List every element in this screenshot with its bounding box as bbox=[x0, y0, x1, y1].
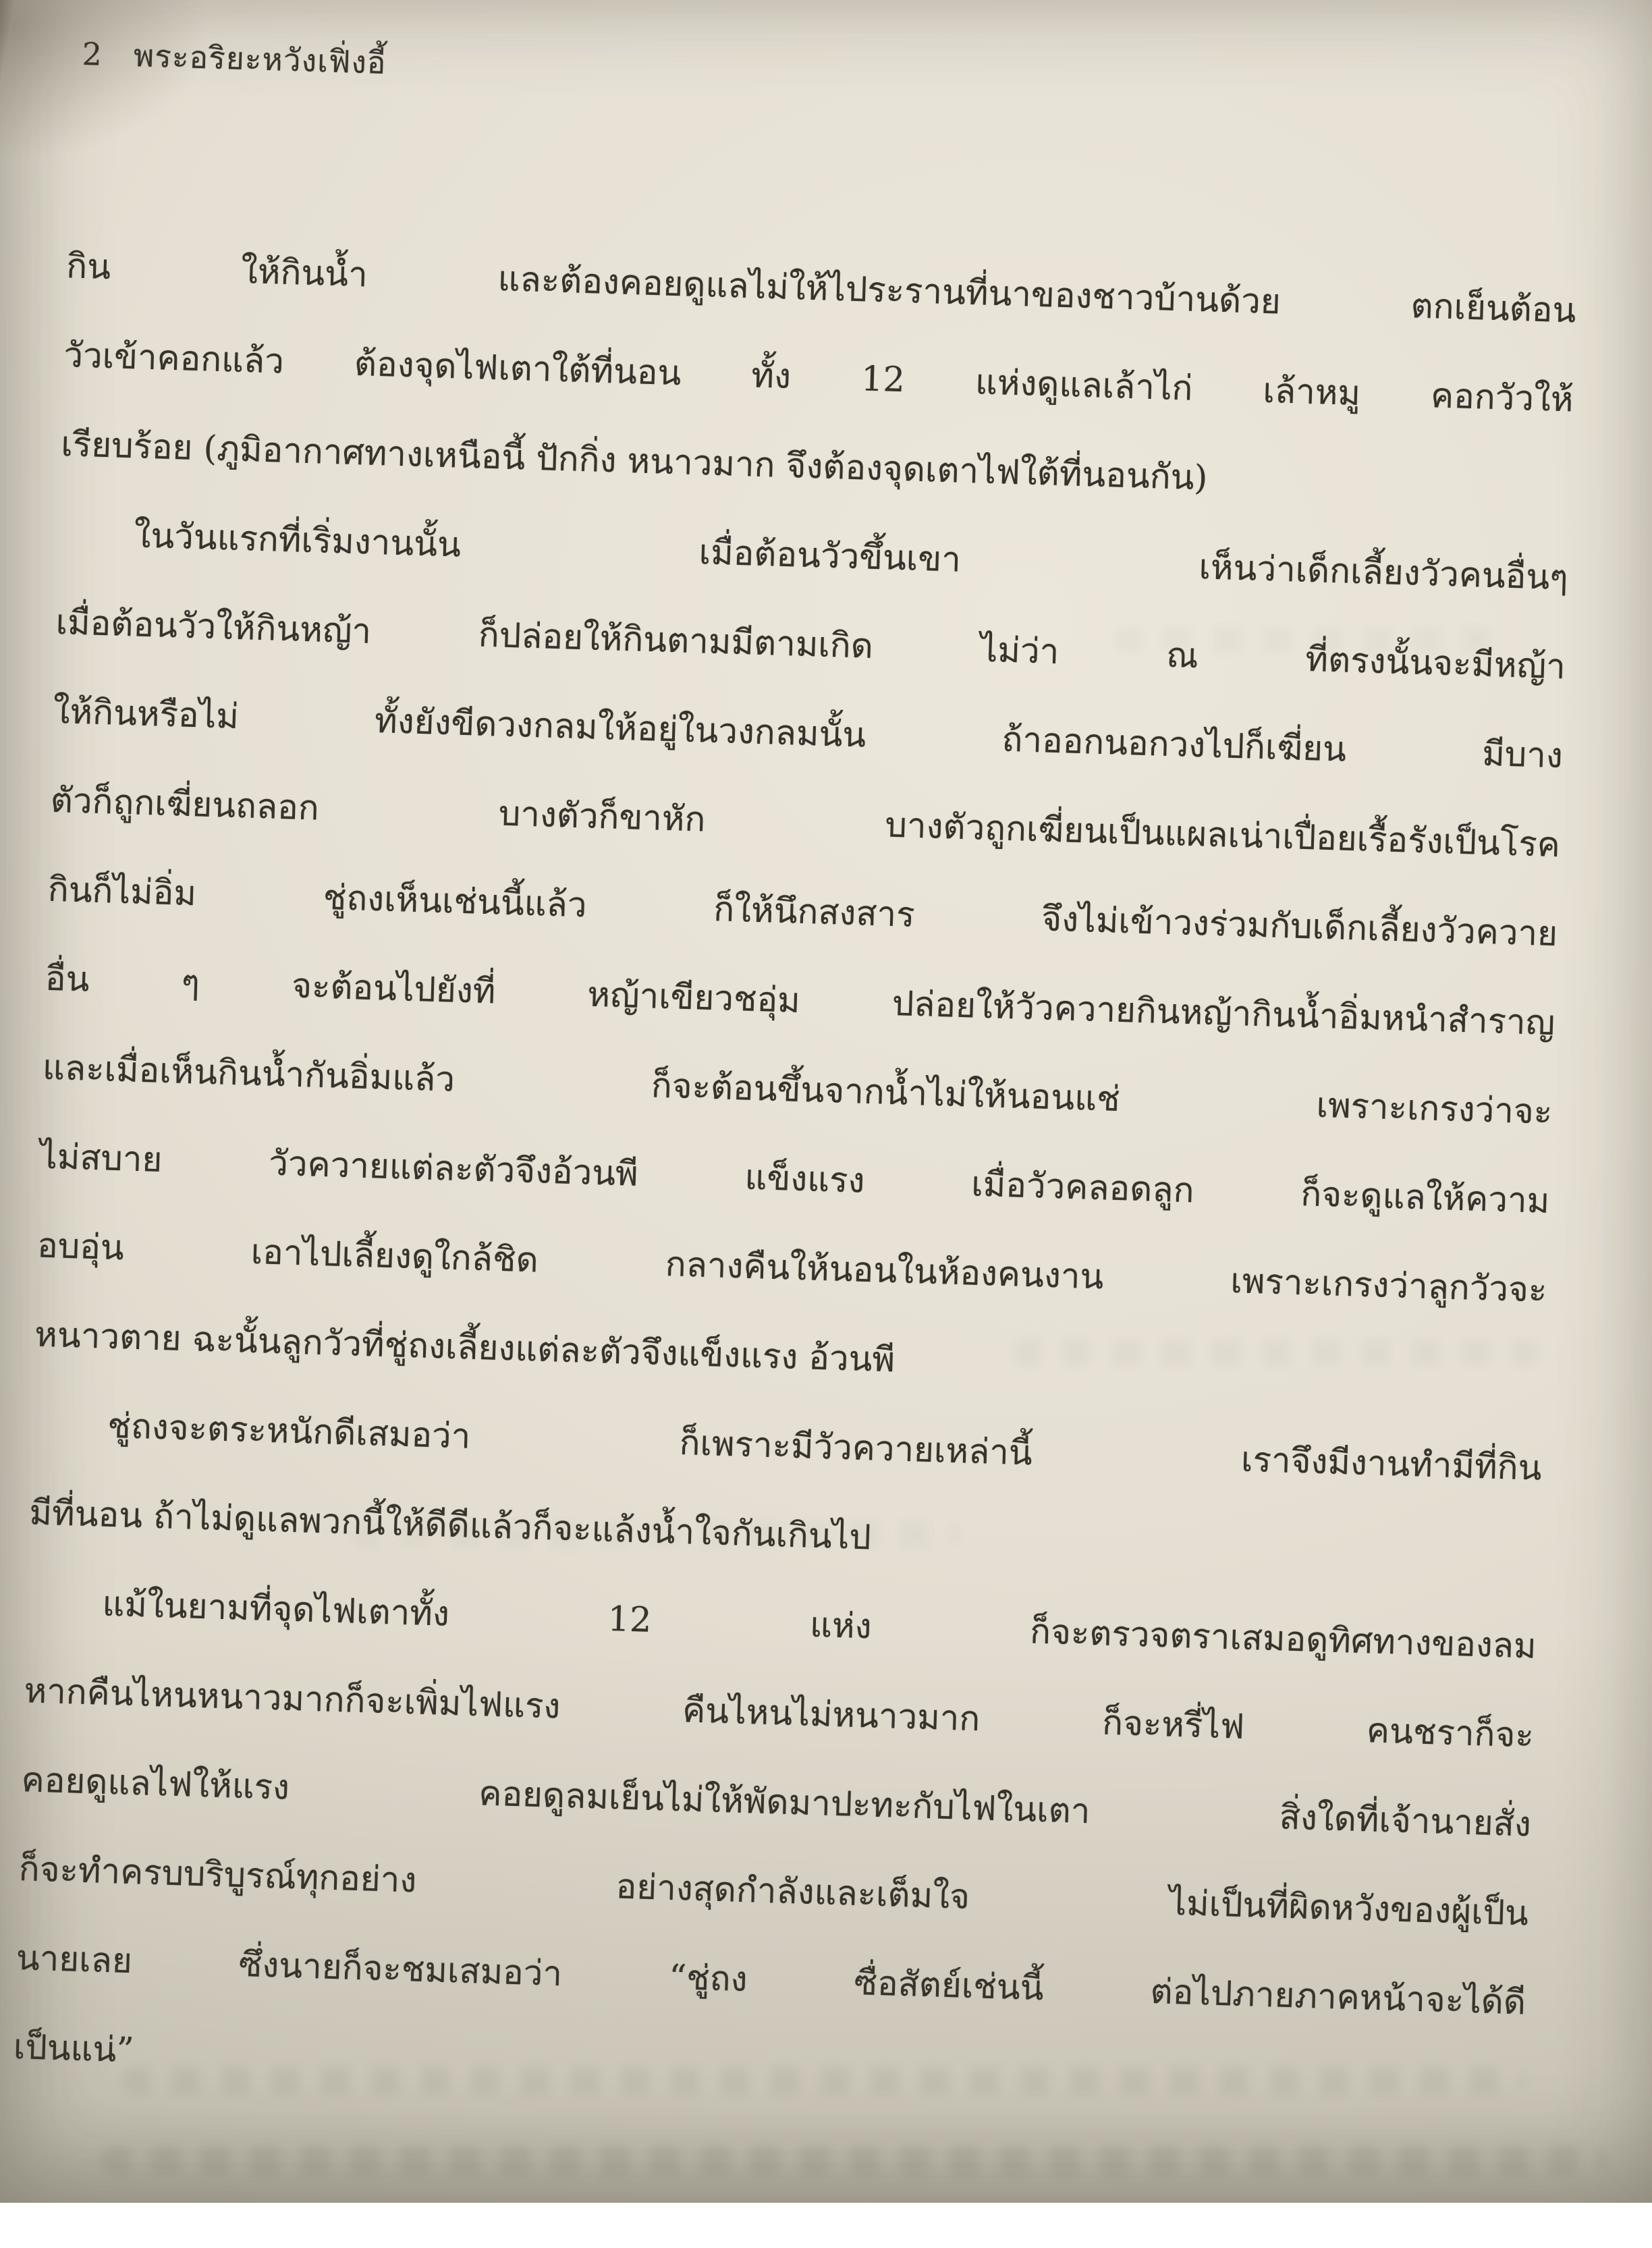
paragraph: ในวันแรกที่เริ่มงานนั้น เมื่อต้อนวัวขึ้น… bbox=[33, 489, 1569, 1425]
running-title: พระอริยะหวังเฟิ่งอี้ bbox=[133, 37, 387, 81]
text-block: กิน ให้กินน้ำ และต้องคอยดูแลไม่ให้ไประรา… bbox=[12, 222, 1577, 2137]
paragraph: แม้ในยามที่จุดไฟเตาทั้ง 12 แห่ง ก็จะตรวจ… bbox=[12, 1558, 1538, 2137]
page-header: 2พระอริยะหวังเฟิ่งอี้ bbox=[82, 30, 387, 88]
page-number: 2 bbox=[82, 36, 103, 73]
paragraph: กิน ให้กินน้ำ และต้องคอยดูแลไม่ให้ไประรา… bbox=[60, 222, 1578, 534]
page-content: 2พระอริยะหวังเฟิ่งอี้ กิน ให้กินน้ำ และต… bbox=[0, 0, 1652, 2203]
